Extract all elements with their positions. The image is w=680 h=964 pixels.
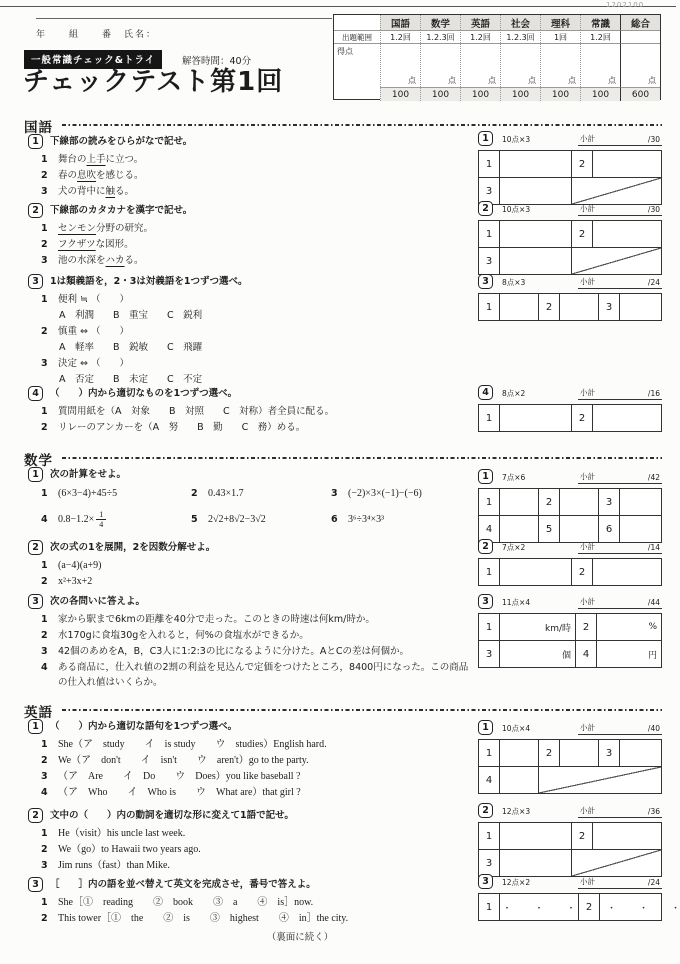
cell-label: 1 <box>479 405 500 431</box>
cell-label: 2 <box>572 559 593 585</box>
item-number: 2 <box>41 168 49 183</box>
question-number: 2 <box>28 203 43 218</box>
cell-label: 2 <box>579 894 600 920</box>
cell-label: 4 <box>576 641 597 667</box>
math-expression: 2√2+8√2−3√2 <box>208 512 266 527</box>
item-text: ある商品に，仕入れ値の2割の利益を見込んで定価をつけたところ，8400円になった… <box>58 660 476 690</box>
answer-cell <box>500 221 572 247</box>
fraction: 14 <box>96 510 106 529</box>
section-heading-eigo: 英語 <box>24 701 53 721</box>
answer-box-number: 1 <box>478 131 493 146</box>
item-text: 春の息吹を感じる。 <box>58 168 144 183</box>
subtotal: 小計/36 <box>578 805 662 818</box>
answer-cell <box>500 740 539 766</box>
question-prompt: 次の式の1を展開，2を因数分解せよ。 <box>50 540 215 555</box>
score-entry-cell: 点 <box>540 43 580 87</box>
question-item: 2We（ア don't イ isn't ウ aren't）go to the p… <box>28 753 476 768</box>
item-text: センモン分野の研究。 <box>58 221 153 236</box>
item-text: （ア Are イ Do ウ Does）you like baseball ? <box>58 769 300 784</box>
subject-header: 社会 <box>500 15 540 30</box>
question-item: 1She（ア study イ is study ウ studies）Englis… <box>28 737 476 752</box>
cell-label: 1 <box>479 151 500 177</box>
item-number: 2 <box>41 911 49 926</box>
cell-label: 2 <box>572 405 593 431</box>
sugaku-q2: 2次の式の1を展開，2を因数分解せよ。 1(a−4)(a+9) 2x²+3x+2 <box>28 540 473 589</box>
question-item: 3（ア Are イ Do ウ Does）you like baseball ? <box>28 769 476 784</box>
answer-cell <box>500 405 572 431</box>
sugaku-q3: 3次の各問いに答えよ。 1家から駅まで6kmの距離を40分で走った。このときの時… <box>28 594 476 690</box>
answer-cell <box>500 151 572 177</box>
cell-label: 1 <box>479 614 500 640</box>
cell-label: 2 <box>539 740 560 766</box>
max-score-total: 600 <box>620 87 660 101</box>
item-text: She（ア study イ is study ウ studies）English… <box>58 737 327 752</box>
question-item: 3(−2)×3×(−1)−(−6) <box>331 486 473 501</box>
answer-cell <box>560 489 599 515</box>
cell-label: 2 <box>572 221 593 247</box>
range-cell: 1.2.3回 <box>500 30 540 43</box>
answer-cell <box>500 559 572 585</box>
range-cell: 1回 <box>540 30 580 43</box>
cell-label: 3 <box>599 489 620 515</box>
question-prompt: 次の計算をせよ。 <box>50 467 126 482</box>
subtotal: 小計/16 <box>578 387 662 400</box>
choices-text: A 軽率 B 鋭敏 C 飛躍 <box>59 340 202 355</box>
subtotal: 小計/40 <box>578 722 662 735</box>
choices-text: A 利潤 B 重宝 C 鋭利 <box>59 308 202 323</box>
item-number: 2 <box>41 420 49 435</box>
answer-cell <box>593 823 661 849</box>
question-item: 4ある商品に，仕入れ値の2割の利益を見込んで定価をつけたところ，8400円になっ… <box>28 660 476 690</box>
answer-cell <box>620 294 661 320</box>
question-prompt: （ ）内から適切な語句を1つずつ選べ。 <box>50 719 237 734</box>
points-unit: 点 <box>568 75 576 86</box>
question-item: 2水170gに食塩30gを入れると，何%の食塩水ができるか。 <box>28 628 476 643</box>
cell-label: 2 <box>539 294 560 320</box>
eigo-q1: 1（ ）内から適切な語句を1つずつ選べ。 1She（ア study イ is s… <box>28 719 476 800</box>
question-number: 1 <box>28 719 43 734</box>
points-label: 7点×2 <box>502 542 525 554</box>
math-expression: (−2)×3×(−1)−(−6) <box>348 486 422 501</box>
item-number: 1 <box>41 895 49 910</box>
item-number: 3 <box>41 356 49 371</box>
answer-box-eigo-2: 212点×3小計/36 12 3 <box>478 803 662 877</box>
choices-text: A 否定 B 未定 C 不定 <box>59 372 202 387</box>
points-unit: 点 <box>648 75 656 86</box>
item-text: 家から駅まで6kmの距離を40分で走った。このときの時速は何km/時か。 <box>58 612 375 627</box>
score-table: 国語 数学 英語 社会 理科 常識 総合 出題範囲 1.2回 1.2.3回 1.… <box>333 14 661 100</box>
question-item: 1便利 ≒ （ ） <box>28 292 473 307</box>
question-number: 2 <box>28 808 43 823</box>
item-number: 2 <box>41 753 49 768</box>
question-item: 1質問用紙を（A 対象 B 対照 C 対称）者全員に配る。 <box>28 404 473 419</box>
answer-cell <box>560 294 599 320</box>
cell-label: 3 <box>599 294 620 320</box>
answer-box-eigo-1: 110点×4小計/40 123 4 <box>478 720 662 794</box>
range-cell-total <box>620 30 660 43</box>
choice-row: A 軽率 B 鋭敏 C 飛躍 <box>28 340 473 355</box>
subtotal: 小計/44 <box>578 596 662 609</box>
cell-label: 4 <box>479 767 500 793</box>
question-item: 1He（visit）his uncle last week. <box>28 826 476 841</box>
answer-grid: 12 <box>478 404 662 432</box>
answer-cell-unit: 個 <box>500 641 576 667</box>
answer-cell <box>620 740 661 766</box>
cell-label: 1 <box>479 294 500 320</box>
subject-header: 常識 <box>580 15 620 30</box>
subject-header-total: 総合 <box>620 15 660 30</box>
cell-label: 2 <box>539 489 560 515</box>
item-number: 3 <box>41 644 49 659</box>
item-number: 2 <box>41 574 49 589</box>
question-item: 3池の水深をハカる。 <box>28 253 473 268</box>
answer-box-kokugo-1: 110点×3小計/30 12 3 <box>478 131 662 205</box>
points-unit: 点 <box>528 75 536 86</box>
item-number: 1 <box>41 737 49 752</box>
item-number: 3 <box>41 858 49 873</box>
question-item: 1She［① reading ② book ③ a ④ is］now. <box>28 895 476 910</box>
question-item: 52√2+8√2−3√2 <box>191 512 331 527</box>
name-field: 年 組 番 氏名： <box>36 18 332 49</box>
cell-label: 1 <box>479 489 500 515</box>
section-divider <box>62 124 662 126</box>
item-stem: 決定 ⇔ （ ） <box>58 356 129 371</box>
section-heading-sugaku: 数学 <box>24 449 53 469</box>
points-label: 12点×2 <box>502 877 530 889</box>
subject-header: 国語 <box>380 15 420 30</box>
max-score: 100 <box>460 87 500 101</box>
question-prompt: 1は類義語を，2・3は対義語を1つずつ選べ。 <box>50 274 247 289</box>
question-prompt: 下線部のカタカナを漢字で記せ。 <box>50 203 192 218</box>
answer-cell <box>500 767 539 793</box>
section-divider <box>62 709 662 711</box>
question-prompt: （ ）内から適切なものを1つずつ選べ。 <box>50 386 237 401</box>
item-number: 1 <box>41 152 49 167</box>
points-label: 10点×4 <box>502 723 530 735</box>
score-entry-cell: 点 <box>460 43 500 87</box>
answer-box-number: 2 <box>478 803 493 818</box>
points-label: 11点×4 <box>502 597 530 609</box>
item-text: 水170gに食塩30gを入れると，何%の食塩水ができるか。 <box>58 628 309 643</box>
question-item: 2We（go）to Hawaii two years ago. <box>28 842 476 857</box>
subject-header: 理科 <box>540 15 580 30</box>
max-score: 100 <box>420 87 460 101</box>
choice-row: A 否定 B 未定 C 不定 <box>28 372 473 387</box>
points-label: 10点×3 <box>502 204 530 216</box>
answer-cell <box>593 405 661 431</box>
choice-row: A 利潤 B 重宝 C 鋭利 <box>28 308 473 323</box>
eigo-q3: 3［ ］内の語を並べ替えて英文を完成させ，番号で答えよ。 1She［① read… <box>28 877 476 926</box>
points-label: 10点×3 <box>502 134 530 146</box>
item-text: （ア Who イ Who is ウ What are）that girl ? <box>58 785 301 800</box>
answer-box-kokugo-4: 48点×2小計/16 12 <box>478 385 662 432</box>
cell-label: 3 <box>599 740 620 766</box>
cell-label: 2 <box>572 823 593 849</box>
answer-box-number: 3 <box>478 274 493 289</box>
item-text: 犬の背中に触る。 <box>58 184 134 199</box>
question-number: 1 <box>28 467 43 482</box>
answer-cell <box>593 221 661 247</box>
cell-label: 3 <box>479 850 500 876</box>
range-cell: 1.2回 <box>460 30 500 43</box>
subtotal: 小計/30 <box>578 133 662 146</box>
cell-label: 3 <box>479 248 500 274</box>
item-number: 6 <box>331 512 339 527</box>
question-item: 40.8−1.2×14 <box>41 510 191 529</box>
answer-box-sugaku-1: 17点×6小計/42 123 456 <box>478 469 662 543</box>
item-number: 1 <box>41 292 49 307</box>
answer-box-number: 4 <box>478 385 493 400</box>
cell-label: 2 <box>576 614 597 640</box>
item-number: 2 <box>41 237 49 252</box>
item-stem: 便利 ≒ （ ） <box>58 292 129 307</box>
answer-box-number: 1 <box>478 720 493 735</box>
question-item: 2慎重 ⇔ （ ） <box>28 324 473 339</box>
question-item: 2リレーのアンカーを（A 努 B 勤 C 務）める。 <box>28 420 473 435</box>
answer-box-kokugo-2: 210点×3小計/30 12 3 <box>478 201 662 275</box>
question-item: 2フクザツな図形。 <box>28 237 473 252</box>
points-label: 12点×3 <box>502 806 530 818</box>
answer-box-number: 3 <box>478 874 493 889</box>
cell-label: 1 <box>479 221 500 247</box>
item-number: 4 <box>41 660 49 675</box>
max-score: 100 <box>380 87 420 101</box>
item-text: 池の水深をハカる。 <box>58 253 144 268</box>
question-item: 4（ア Who イ Who is ウ What are）that girl ? <box>28 785 476 800</box>
question-prompt: 文中の（ ）内の動詞を適切な形に変えて1語で記せ。 <box>50 808 294 823</box>
answer-grid: 12 3 <box>478 220 662 275</box>
answer-cell <box>593 559 661 585</box>
section-divider <box>62 457 662 459</box>
question-number: 1 <box>28 134 43 149</box>
answer-cell <box>500 823 572 849</box>
item-number: 1 <box>41 558 49 573</box>
form-code: 1202100 <box>606 1 644 9</box>
subject-header: 英語 <box>460 15 500 30</box>
kokugo-q1: 1下線部の読みをひらがなで記せ。 1舞台の上手に立つ。 2春の息吹を感じる。 3… <box>28 134 473 199</box>
item-number: 1 <box>41 826 49 841</box>
math-expression: (a−4)(a+9) <box>58 558 101 573</box>
answer-grid: 12 <box>478 558 662 586</box>
subtotal: 小計/24 <box>578 876 662 889</box>
kokugo-q3: 31は類義語を，2・3は対義語を1つずつ選べ。 1便利 ≒ （ ） A 利潤 B… <box>28 274 473 387</box>
subtotal: 小計/30 <box>578 203 662 216</box>
answer-grid: 1km/時2% 3個4円 <box>478 613 662 668</box>
item-stem: 慎重 ⇔ （ ） <box>58 324 129 339</box>
question-item: 1センモン分野の研究。 <box>28 221 473 236</box>
question-item: 342個のあめをA，B，C3人に1:2:3の比になるように分けた。AとCの差は何… <box>28 644 476 659</box>
math-expression: x²+3x+2 <box>58 574 92 589</box>
max-score: 100 <box>500 87 540 101</box>
question-item: 1家から駅まで6kmの距離を40分で走った。このときの時速は何km/時か。 <box>28 612 476 627</box>
eigo-q2: 2文中の（ ）内の動詞を適切な形に変えて1語で記せ。 1He（visit）his… <box>28 808 476 873</box>
range-cell: 1.2回 <box>380 30 420 43</box>
item-text: She［① reading ② book ③ a ④ is］now. <box>58 895 313 910</box>
section-heading-kokugo: 国語 <box>24 116 53 136</box>
answer-cell-dots: ・ ・ ・ <box>500 894 579 920</box>
name-field-label: 年 組 番 氏名： <box>36 30 157 40</box>
question-item: 63⁶÷3⁴×3³ <box>331 512 473 527</box>
crossed-cell <box>572 850 661 876</box>
answer-cell <box>500 850 572 876</box>
range-cell: 1.2回 <box>580 30 620 43</box>
item-text: 42個のあめをA，B，C3人に1:2:3の比になるように分けた。AとCの差は何個… <box>58 644 409 659</box>
answer-grid: 1・ ・ ・2・ ・ ・ <box>478 893 662 921</box>
answer-box-sugaku-2: 27点×2小計/14 12 <box>478 539 662 586</box>
item-number: 2 <box>41 324 49 339</box>
item-number: 2 <box>41 628 49 643</box>
item-text: 舞台の上手に立つ。 <box>58 152 143 167</box>
math-expression: 0.43×1.7 <box>208 486 244 501</box>
item-number: 3 <box>41 184 49 199</box>
points-label: 8点×3 <box>502 277 525 289</box>
max-score: 100 <box>580 87 620 101</box>
answer-cell <box>620 489 661 515</box>
answer-grid: 12 3 <box>478 150 662 205</box>
question-prompt: 下線部の読みをひらがなで記せ。 <box>50 134 192 149</box>
item-number: 1 <box>41 486 49 501</box>
item-text: This tower［① the ② is ③ highest ④ in］the… <box>58 911 348 926</box>
cell-label: 1 <box>479 894 500 920</box>
answer-cell-dots: ・ ・ ・ <box>600 894 680 920</box>
item-number: 5 <box>191 512 199 527</box>
item-text: He（visit）his uncle last week. <box>58 826 185 841</box>
item-number: 1 <box>41 221 49 236</box>
points-unit: 点 <box>448 75 456 86</box>
question-item: 1舞台の上手に立つ。 <box>28 152 473 167</box>
answer-cell-unit: % <box>597 614 661 640</box>
cell-label: 1 <box>479 740 500 766</box>
answer-box-kokugo-3: 38点×3小計/24 123 <box>478 274 662 321</box>
item-text: 質問用紙を（A 対象 B 対照 C 対称）者全員に配る。 <box>58 404 334 419</box>
score-row-label: 得点 <box>334 43 380 101</box>
item-number: 3 <box>41 253 49 268</box>
kokugo-q2: 2下線部のカタカナを漢字で記せ。 1センモン分野の研究。 2フクザツな図形。 3… <box>28 203 473 268</box>
answer-cell-unit: km/時 <box>500 614 576 640</box>
score-entry-cell: 点 <box>380 43 420 87</box>
score-entry-cell-total: 点 <box>620 43 660 87</box>
item-number: 4 <box>41 512 49 527</box>
item-number: 3 <box>41 769 49 784</box>
question-number: 4 <box>28 386 43 401</box>
item-number: 2 <box>41 842 49 857</box>
max-score: 100 <box>540 87 580 101</box>
item-number: 1 <box>41 404 49 419</box>
question-number: 2 <box>28 540 43 555</box>
answer-box-number: 2 <box>478 539 493 554</box>
question-prompt: 次の各問いに答えよ。 <box>50 594 145 609</box>
answer-box-number: 3 <box>478 594 493 609</box>
points-unit: 点 <box>608 75 616 86</box>
question-item: 3犬の背中に触る。 <box>28 184 473 199</box>
question-number: 3 <box>28 274 43 289</box>
answer-cell <box>500 248 572 274</box>
question-item: 20.43×1.7 <box>191 486 331 501</box>
points-label: 8点×2 <box>502 388 525 400</box>
question-item: 1(a−4)(a+9) <box>28 558 473 573</box>
sugaku-q1: 1次の計算をせよ。 1(6×3−4)+45÷5 20.43×1.7 3(−2)×… <box>28 467 473 529</box>
question-item: 2This tower［① the ② is ③ highest ④ in］th… <box>28 911 476 926</box>
question-item: 1(6×3−4)+45÷5 <box>41 486 191 501</box>
footer-note: （裏面に続く） <box>0 929 600 943</box>
item-number: 3 <box>331 486 339 501</box>
item-text: リレーのアンカーを（A 努 B 勤 C 務）める。 <box>58 420 305 435</box>
question-item: 2春の息吹を感じる。 <box>28 168 473 183</box>
answer-cell <box>560 740 599 766</box>
score-entry-cell: 点 <box>420 43 460 87</box>
kokugo-q4: 4（ ）内から適切なものを1つずつ選べ。 1質問用紙を（A 対象 B 対照 C … <box>28 386 473 435</box>
top-rule <box>0 6 676 7</box>
math-expression: (6×3−4)+45÷5 <box>58 486 117 501</box>
answer-grid: 123 <box>478 293 662 321</box>
item-number: 2 <box>191 486 199 501</box>
score-table-corner <box>334 15 380 30</box>
item-text: We（go）to Hawaii two years ago. <box>58 842 201 857</box>
question-prompt: ［ ］内の語を並べ替えて英文を完成させ，番号で答えよ。 <box>50 877 316 892</box>
score-entry-cell: 点 <box>580 43 620 87</box>
answer-box-number: 2 <box>478 201 493 216</box>
answer-cell <box>593 151 661 177</box>
page-title: チェックテスト第1回 <box>23 61 283 98</box>
answer-box-number: 1 <box>478 469 493 484</box>
cell-label: 2 <box>572 151 593 177</box>
answer-cell <box>500 294 539 320</box>
range-cell: 1.2.3回 <box>420 30 460 43</box>
subtotal: 小計/14 <box>578 541 662 554</box>
cell-label: 3 <box>479 641 500 667</box>
answer-box-sugaku-3: 311点×4小計/44 1km/時2% 3個4円 <box>478 594 662 668</box>
subtotal: 小計/42 <box>578 471 662 484</box>
item-text: We（ア don't イ isn't ウ aren't）go to the pa… <box>58 753 309 768</box>
answer-cell-unit: 円 <box>597 641 661 667</box>
math-expression: 0.8−1.2×14 <box>58 510 106 529</box>
item-text: フクザツな図形。 <box>58 237 134 252</box>
subtotal: 小計/24 <box>578 276 662 289</box>
crossed-cell <box>572 248 661 274</box>
answer-box-eigo-3: 312点×2小計/24 1・ ・ ・2・ ・ ・ <box>478 874 662 921</box>
score-entry-cell: 点 <box>500 43 540 87</box>
subject-header: 数学 <box>420 15 460 30</box>
range-row-label: 出題範囲 <box>334 30 380 43</box>
question-number: 3 <box>28 877 43 892</box>
points-label: 7点×6 <box>502 472 525 484</box>
answer-grid: 123 4 <box>478 739 662 794</box>
cell-label: 1 <box>479 559 500 585</box>
cell-label: 1 <box>479 823 500 849</box>
answer-grid: 123 456 <box>478 488 662 543</box>
question-item: 3決定 ⇔ （ ） <box>28 356 473 371</box>
item-text: Jim runs（fast）than Mike. <box>58 858 170 873</box>
item-number: 1 <box>41 612 49 627</box>
crossed-cell <box>539 767 661 793</box>
math-expression: 3⁶÷3⁴×3³ <box>348 512 384 527</box>
question-item: 3Jim runs（fast）than Mike. <box>28 858 476 873</box>
question-item: 2x²+3x+2 <box>28 574 473 589</box>
question-number: 3 <box>28 594 43 609</box>
points-unit: 点 <box>488 75 496 86</box>
test-sheet: 1202100 年 組 番 氏名： 一般常識チェック&トライ 解答時間：40分 … <box>0 0 680 964</box>
answer-grid: 12 3 <box>478 822 662 877</box>
points-unit: 点 <box>408 75 416 86</box>
answer-cell <box>500 489 539 515</box>
item-number: 4 <box>41 785 49 800</box>
